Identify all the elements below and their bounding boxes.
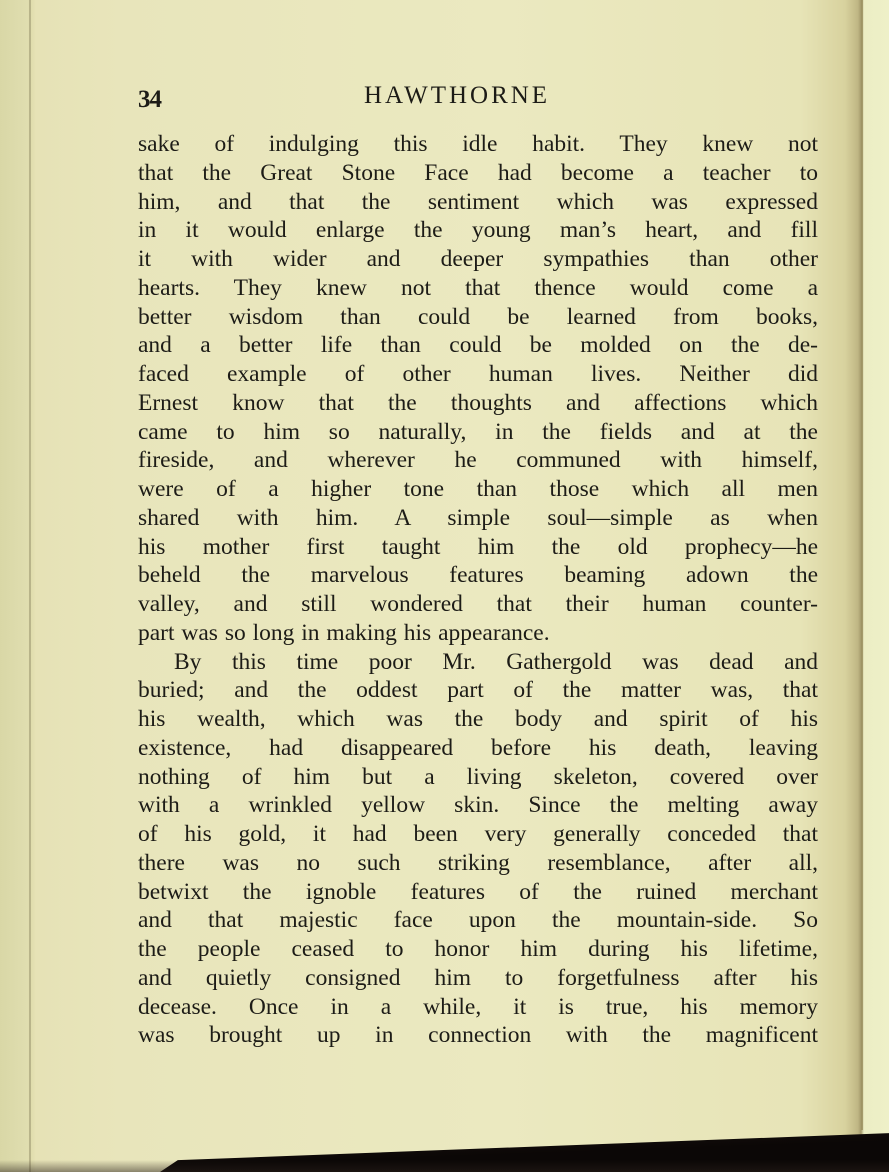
text-line: decease. Once in a while, it is true, hi… (138, 993, 818, 1022)
text-line: was brought up in connection with the ma… (138, 1021, 818, 1050)
left-page-edge (29, 0, 31, 1172)
text-line: his mother first taught him the old prop… (138, 533, 818, 562)
right-page-fold (861, 0, 863, 1130)
text-line: came to him so naturally, in the fields … (138, 418, 818, 447)
text-line: hearts. They knew not that thence would … (138, 274, 818, 303)
text-line: of his gold, it had been very generally … (138, 820, 818, 849)
text-line: him, and that the sentiment which was ex… (138, 188, 818, 217)
body-text: sake of indulging this idle habit. They … (138, 130, 818, 1050)
page-number: 34 (138, 86, 161, 114)
running-head: HAWTHORNE (364, 82, 550, 110)
text-line: buried; and the oddest part of the matte… (138, 676, 818, 705)
paragraph-2: By this time poor Mr. Gathergold was dea… (138, 648, 818, 1051)
text-line: faced example of other human lives. Neit… (138, 360, 818, 389)
text-line: in it would enlarge the young man’s hear… (138, 216, 818, 245)
text-line: sake of indulging this idle habit. They … (138, 130, 818, 159)
text-line: his wealth, which was the body and spiri… (138, 705, 818, 734)
text-line: part was so long in making his appearanc… (138, 619, 818, 648)
text-line: better wisdom than could be learned from… (138, 303, 818, 332)
text-line: with a wrinkled yellow skin. Since the m… (138, 791, 818, 820)
text-line: fireside, and wherever he communed with … (138, 446, 818, 475)
text-line: Ernest know that the thoughts and affect… (138, 389, 818, 418)
text-line: there was no such striking resemblance, … (138, 849, 818, 878)
text-line: shared with him. A simple soul—simple as… (138, 504, 818, 533)
text-line: By this time poor Mr. Gathergold was dea… (138, 648, 818, 677)
text-line: it with wider and deeper sympathies than… (138, 245, 818, 274)
bottom-shadow-fade (0, 1160, 889, 1172)
text-line: existence, had disappeared before his de… (138, 734, 818, 763)
text-line: beheld the marvelous features beaming ad… (138, 561, 818, 590)
text-line: were of a higher tone than those which a… (138, 475, 818, 504)
page-header: 34 HAWTHORNE (138, 78, 820, 118)
text-line: and quietly consigned him to forgetfulne… (138, 964, 818, 993)
text-line: and that majestic face upon the mountain… (138, 906, 818, 935)
text-line: betwixt the ignoble features of the ruin… (138, 878, 818, 907)
text-line: valley, and still wondered that their hu… (138, 590, 818, 619)
text-line: the people ceased to honor him during hi… (138, 935, 818, 964)
text-line: nothing of him but a living skeleton, co… (138, 763, 818, 792)
paragraph-1: sake of indulging this idle habit. They … (138, 130, 818, 648)
text-line: that the Great Stone Face had become a t… (138, 159, 818, 188)
text-line: and a better life than could be molded o… (138, 331, 818, 360)
